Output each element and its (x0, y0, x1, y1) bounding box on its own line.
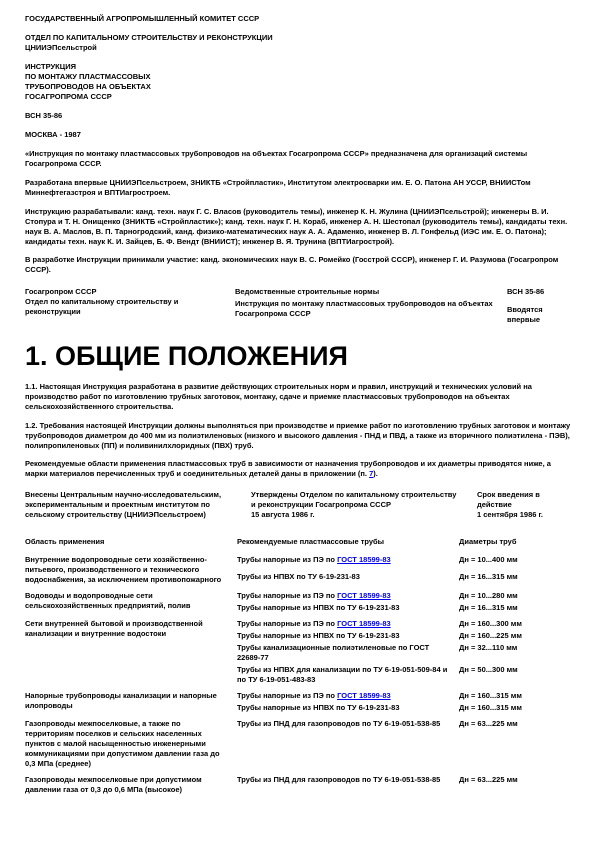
section-heading: 1. ОБЩИЕ ПОЛОЖЕНИЯ (25, 342, 573, 370)
diameter-cell: Дн = 10...400 мм (459, 550, 573, 571)
pipe-cell: Трубы напорные из НПВХ по ТУ 6-19-231-83 (237, 630, 459, 642)
diameter-cell: Дн = 16...315 мм (459, 602, 573, 614)
document-stamp: Госагропром СССР Отдел по капитальному с… (25, 287, 573, 325)
diameter-cell: Дн = 50...300 мм (459, 664, 573, 686)
table-row: Газопроводы межпоселковые, а также по те… (25, 714, 573, 770)
table-row: Напорные трубопроводы канализации и напо… (25, 686, 573, 702)
diameter-cell: Дн = 63...225 мм (459, 770, 573, 796)
clause-1-2: 1.2. Требования настоящей Инструкции дол… (25, 421, 573, 451)
pipe-cell: Трубы напорные из ПЭ по ГОСТ 18599-83 (237, 586, 459, 602)
diameter-cell: Дн = 160...300 мм (459, 614, 573, 630)
doc-title-line: ГОСАГРОПРОМА СССР (25, 92, 573, 102)
pipe-cell: Трубы канализационные полиэтиленовые по … (237, 642, 459, 664)
table-row: Сети внутренней бытовой и производственн… (25, 614, 573, 630)
intro-paragraph: «Инструкция по монтажу пластмассовых тру… (25, 149, 573, 169)
gost-link[interactable]: ГОСТ 18599-83 (337, 591, 391, 600)
city-year: МОСКВА - 1987 (25, 130, 573, 140)
stamp-issuer: Госагропром СССР Отдел по капитальному с… (25, 287, 225, 325)
clause-1-1: 1.1. Настоящая Инструкция разработана в … (25, 382, 573, 412)
stamp-norm-title: Ведомственные строительные нормы Инструк… (235, 287, 497, 325)
diameter-cell: Дн = 10...280 мм (459, 586, 573, 602)
authors-paragraph: Инструкцию разрабатывали: канд. техн. на… (25, 207, 573, 247)
pipe-cell: Трубы из ПНД для газопроводов по ТУ 6-19… (237, 770, 459, 796)
pipe-cell: Трубы напорные из ПЭ по ГОСТ 18599-83 (237, 550, 459, 571)
table-row: Водоводы и водопроводные сети сельскохоз… (25, 586, 573, 602)
pipe-application-table: Область применения Рекомендуемые пластма… (25, 536, 573, 795)
application-cell: Газопроводы межпоселковые при допустимом… (25, 770, 237, 796)
org-name: ГОСУДАРСТВЕННЫЙ АГРОПРОМЫШЛЕННЫЙ КОМИТЕТ… (25, 14, 573, 24)
pipe-cell: Трубы напорные из НПВХ по ТУ 6-19-231-83 (237, 702, 459, 714)
pipe-cell: Трубы напорные из ПЭ по ГОСТ 18599-83 (237, 614, 459, 630)
application-cell: Водоводы и водопроводные сети сельскохоз… (25, 586, 237, 614)
col-header-diameters: Диаметры труб (459, 536, 573, 550)
approval-effective-date: Срок введения в действие 1 сентября 1986… (477, 490, 573, 520)
application-cell: Напорные трубопроводы канализации и напо… (25, 686, 237, 714)
doc-title-line: ИНСТРУКЦИЯ (25, 62, 573, 72)
pipe-cell: Трубы напорные из НПВХ по ТУ 6-19-231-83 (237, 602, 459, 614)
col-header-application: Область применения (25, 536, 237, 550)
application-cell: Сети внутренней бытовой и производственн… (25, 614, 237, 686)
doc-number: ВСН 35-86 (25, 111, 573, 121)
diameter-cell: Дн = 160...225 мм (459, 630, 573, 642)
application-cell: Внутренние водопроводные сети хозяйствен… (25, 550, 237, 586)
gost-link[interactable]: ГОСТ 18599-83 (337, 619, 391, 628)
document-page: ГОСУДАРСТВЕННЫЙ АГРОПРОМЫШЛЕННЫЙ КОМИТЕТ… (0, 0, 595, 796)
stamp-number: ВСН 35-86 Вводятся впервые (507, 287, 573, 325)
intro-paragraph: Разработана впервые ЦНИИЭПсельстроем, ЗН… (25, 178, 573, 198)
department-line: ОТДЕЛ ПО КАПИТАЛЬНОМУ СТРОИТЕЛЬСТВУ И РЕ… (25, 33, 573, 43)
diameter-cell: Дн = 160...315 мм (459, 686, 573, 702)
table-header-row: Область применения Рекомендуемые пластма… (25, 536, 573, 550)
diameter-cell: Дн = 16...315 мм (459, 571, 573, 586)
gost-link[interactable]: ГОСТ 18599-83 (337, 691, 391, 700)
pipe-cell: Трубы из НПВХ для канализации по ТУ 6-19… (237, 664, 459, 686)
diameter-cell: Дн = 63...225 мм (459, 714, 573, 770)
table-row: Газопроводы межпоселковые при допустимом… (25, 770, 573, 796)
table-row: Внутренние водопроводные сети хозяйствен… (25, 550, 573, 571)
diameter-cell: Дн = 32...110 мм (459, 642, 573, 664)
pipe-cell: Трубы из ПНД для газопроводов по ТУ 6-19… (237, 714, 459, 770)
approval-approved-by: Утверждены Отделом по капитальному строи… (251, 490, 463, 520)
approval-block: Внесены Центральным научно-исследователь… (25, 490, 573, 520)
diameter-cell: Дн = 160...315 мм (459, 702, 573, 714)
approval-submitted-by: Внесены Центральным научно-исследователь… (25, 490, 237, 520)
doc-title-line: ПО МОНТАЖУ ПЛАСТМАССОВЫХ (25, 72, 573, 82)
application-cell: Газопроводы межпоселковые, а также по те… (25, 714, 237, 770)
col-header-pipes: Рекомендуемые пластмассовые трубы (237, 536, 459, 550)
pipe-cell: Трубы из НПВХ по ТУ 6-19-231-83 (237, 571, 459, 586)
department-institute: ЦНИИЭПсельстрой (25, 43, 573, 53)
recommendation-paragraph: Рекомендуемые области применения пластма… (25, 459, 573, 479)
doc-title-line: ТРУБОПРОВОДОВ НА ОБЪЕКТАХ (25, 82, 573, 92)
participants-paragraph: В разработке Инструкции принимали участи… (25, 255, 573, 275)
gost-link[interactable]: ГОСТ 18599-83 (337, 555, 391, 564)
pipe-cell: Трубы напорные из ПЭ по ГОСТ 18599-83 (237, 686, 459, 702)
